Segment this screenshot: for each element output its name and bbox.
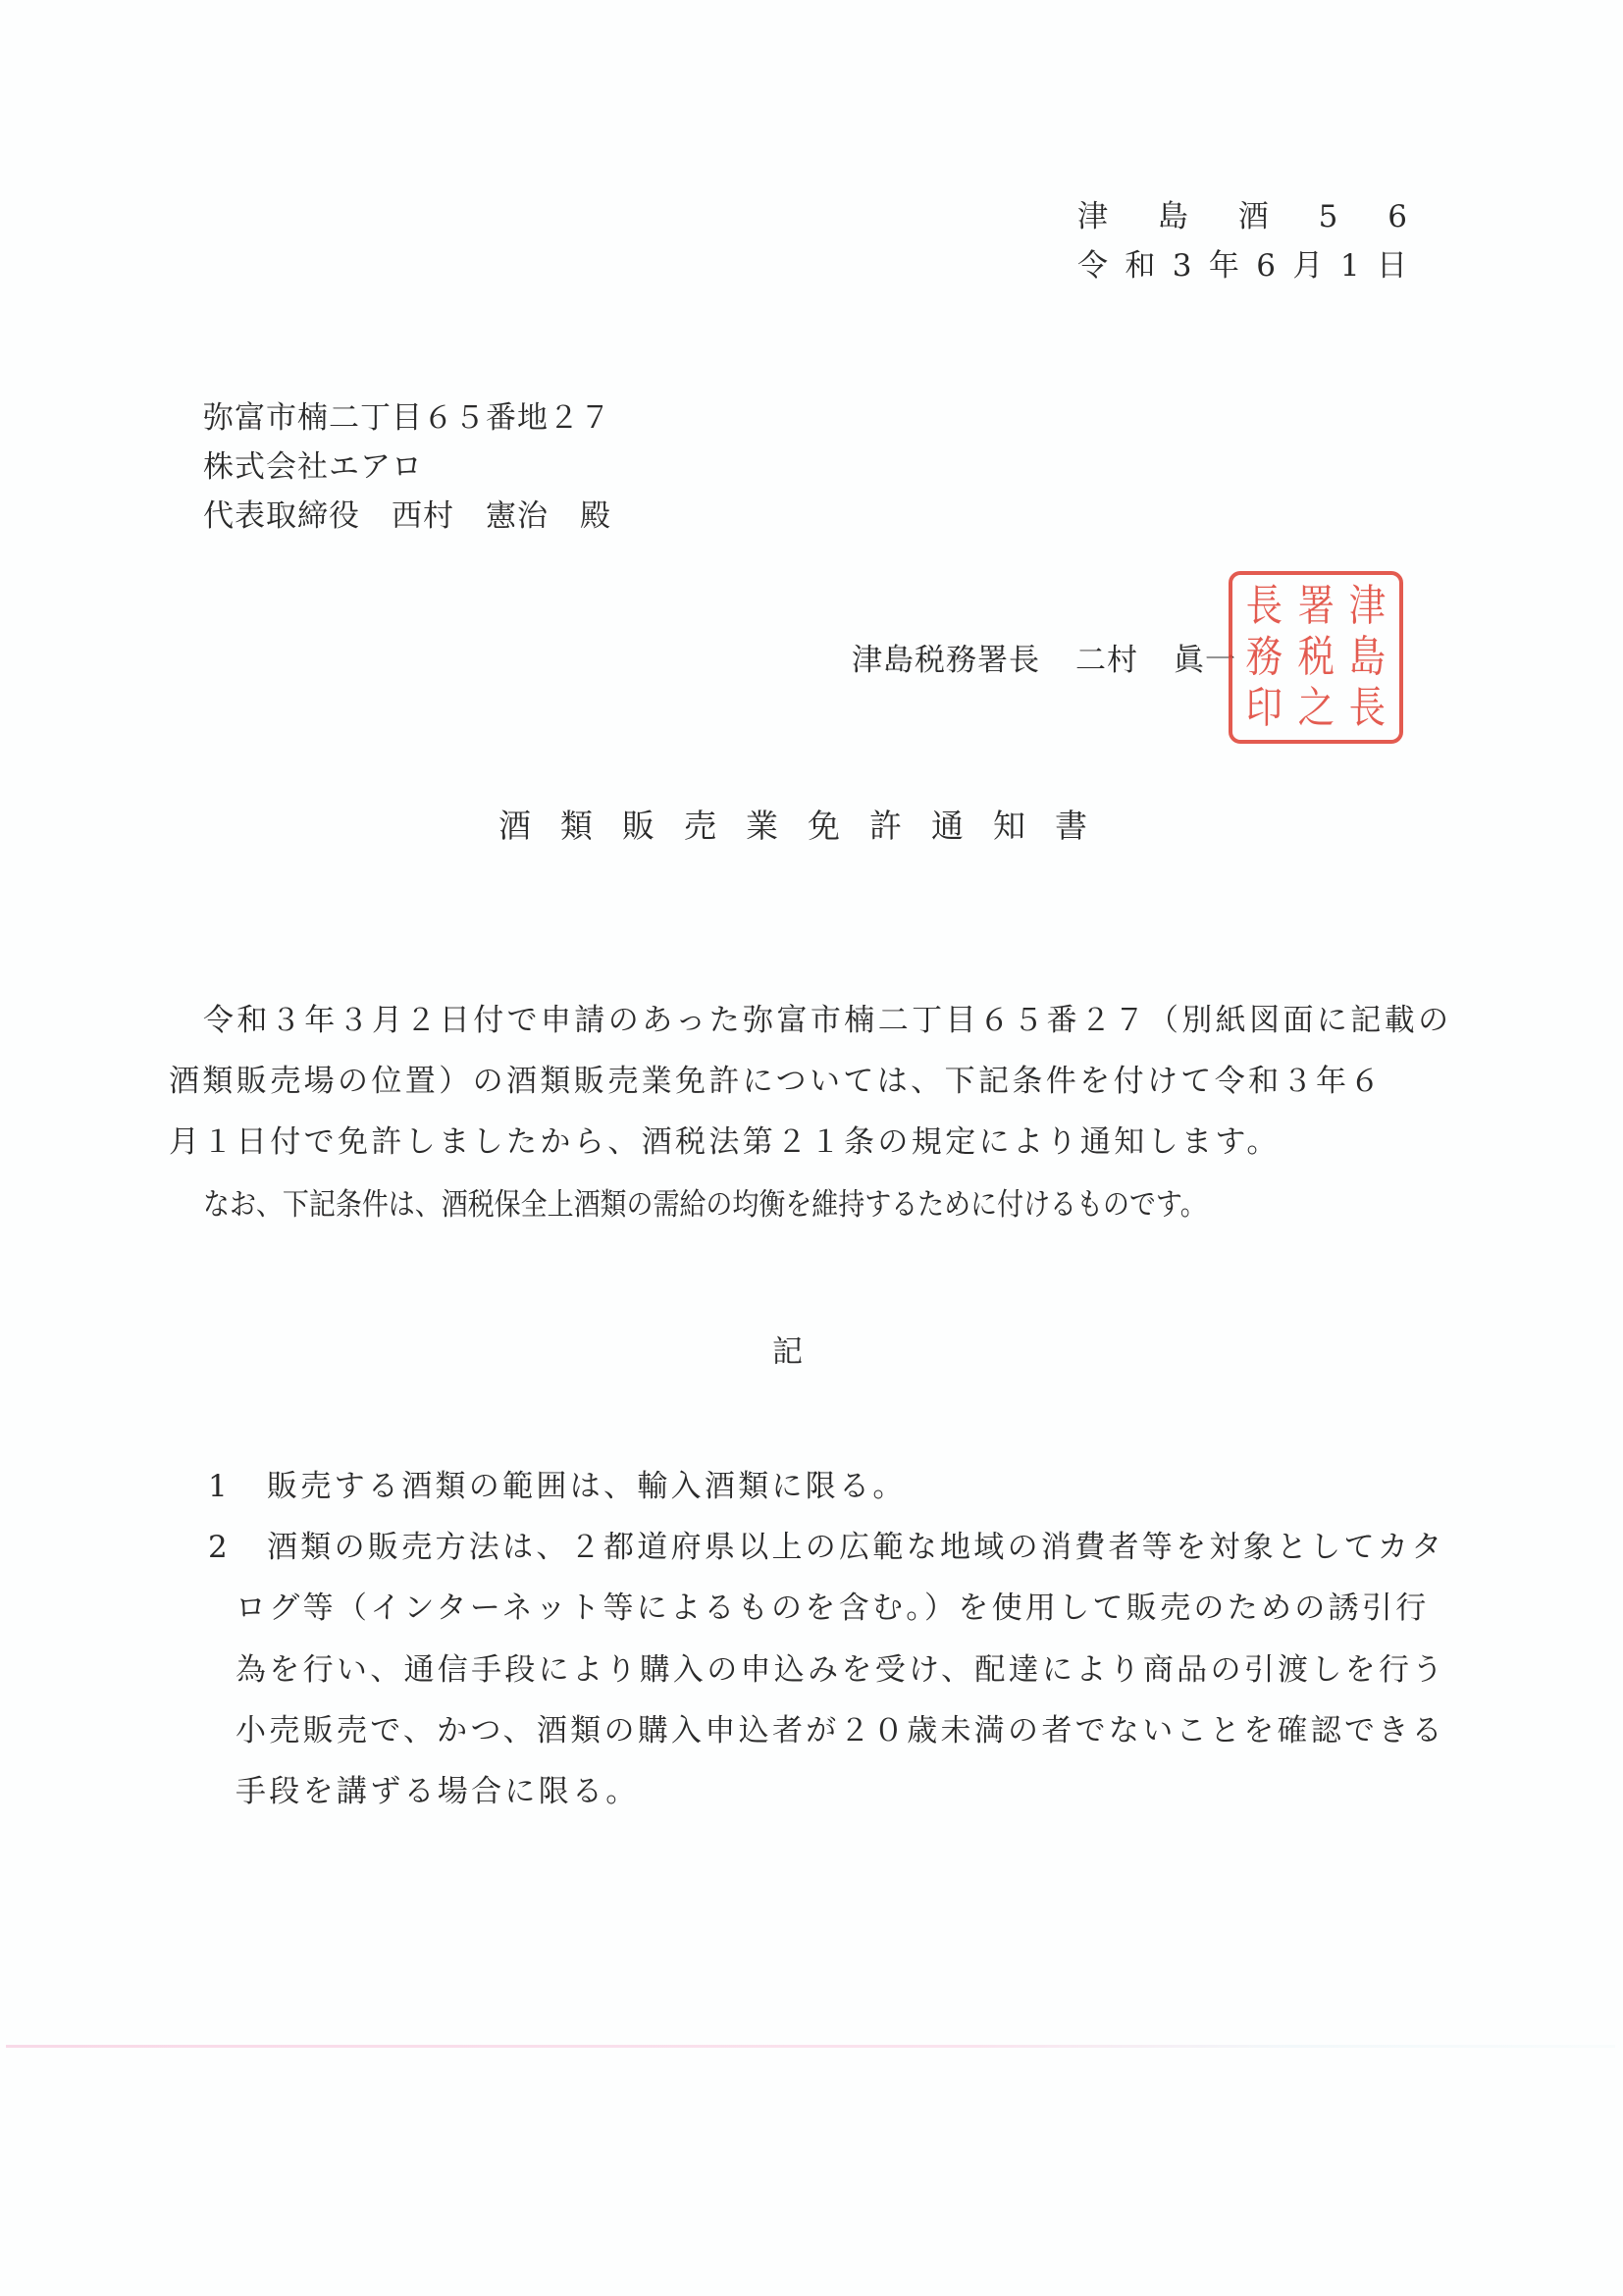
seal-char: 長: [1242, 581, 1286, 632]
date-char: 1: [1340, 248, 1360, 284]
seal-char: 島: [1345, 632, 1389, 683]
issue-date: 令 和 3 年 6 月 1 日: [1077, 248, 1407, 284]
seal-char: 務: [1242, 632, 1286, 683]
title-char: 書: [1055, 807, 1087, 846]
ref-char: 酒: [1238, 199, 1269, 235]
scan-artifact-line: [6, 2045, 1615, 2048]
seal-char: 津: [1345, 581, 1389, 632]
reference-number: 津 島 酒 5 6: [1077, 199, 1407, 235]
title-char: 知: [993, 807, 1025, 846]
sender-surname: 二村: [1075, 643, 1138, 678]
ref-char: 6: [1387, 199, 1407, 235]
title-char: 業: [746, 807, 778, 846]
ref-char: 5: [1319, 199, 1338, 235]
date-char: 3: [1173, 248, 1192, 284]
ki-heading: 記: [772, 1334, 803, 1370]
condition-line: ログ等（インターネット等によるものを含む。）を使用して販売のための誘引行: [236, 1591, 1430, 1626]
seal-char: 長: [1345, 683, 1389, 734]
date-char: 6: [1256, 248, 1276, 284]
condition-line: 販売する酒類の範囲は、輸入酒類に限る。: [267, 1469, 907, 1504]
title-char: 酒: [498, 807, 531, 846]
date-char: 月: [1292, 248, 1323, 284]
title-char: 許: [869, 807, 902, 846]
title-char: 通: [931, 807, 964, 846]
body-paragraph-line: 酒類販売場の位置）の酒類販売業免許については、下記条件を付けて令和３年６: [169, 1064, 1384, 1099]
title-char: 免: [808, 807, 840, 846]
seal-char: 税: [1294, 632, 1338, 683]
seal-char: 之: [1294, 683, 1338, 734]
ref-char: 島: [1158, 199, 1188, 235]
date-char: 日: [1377, 248, 1407, 284]
condition-number: 1: [208, 1469, 228, 1504]
condition-line: 酒類の販売方法は、２都道府県以上の広範な地域の消費者等を対象としてカタ: [267, 1530, 1445, 1565]
condition-line: 為を行い、通信手段により購入の申込みを受け、配達により商品の引渡しを行う: [236, 1652, 1446, 1688]
title-char: 売: [684, 807, 716, 846]
document-page: 津 島 酒 5 6 令 和 3 年 6 月 1 日 弥富市楠二丁目６５番地２７ …: [0, 0, 1623, 2296]
recipient-address: 弥富市楠二丁目６５番地２７: [203, 400, 611, 436]
body-note-line: なお、下記条件は、酒税保全上酒類の需給の均衡を維持するために付けるものです。: [203, 1187, 1207, 1223]
date-char: 和: [1125, 248, 1155, 284]
title-char: 販: [622, 807, 654, 846]
title-char: 類: [560, 807, 593, 846]
body-paragraph-line: 令和３年３月２日付で申請のあった弥富市楠二丁目６５番２７（別紙図面に記載の: [203, 1003, 1452, 1038]
date-char: 年: [1209, 248, 1239, 284]
condition-number: 2: [208, 1530, 228, 1565]
condition-line: 手段を講ずる場合に限る。: [236, 1774, 640, 1809]
seal-char: 署: [1294, 581, 1338, 632]
document-title: 酒 類 販 売 業 免 許 通 知 書: [498, 807, 1087, 846]
official-seal-stamp: 長 署 津 務 税 島 印 之 長: [1229, 571, 1403, 744]
date-char: 令: [1077, 248, 1108, 284]
recipient-name: 代表取締役 西村 憲治 殿: [203, 498, 611, 534]
sender-given-name: 眞一: [1174, 643, 1236, 678]
ref-char: 津: [1077, 199, 1108, 235]
condition-line: 小売販売で、かつ、酒類の購入申込者が２０歳未満の者でないことを確認できる: [236, 1713, 1445, 1748]
sender-signature: 津島税務署長二村眞一: [852, 643, 1236, 678]
sender-office: 津島税務署長: [852, 643, 1040, 678]
recipient-company: 株式会社エアロ: [203, 449, 423, 485]
body-paragraph-line: 月１日付で免許しましたから、酒税法第２１条の規定により通知します。: [169, 1124, 1281, 1160]
seal-char: 印: [1242, 683, 1286, 734]
